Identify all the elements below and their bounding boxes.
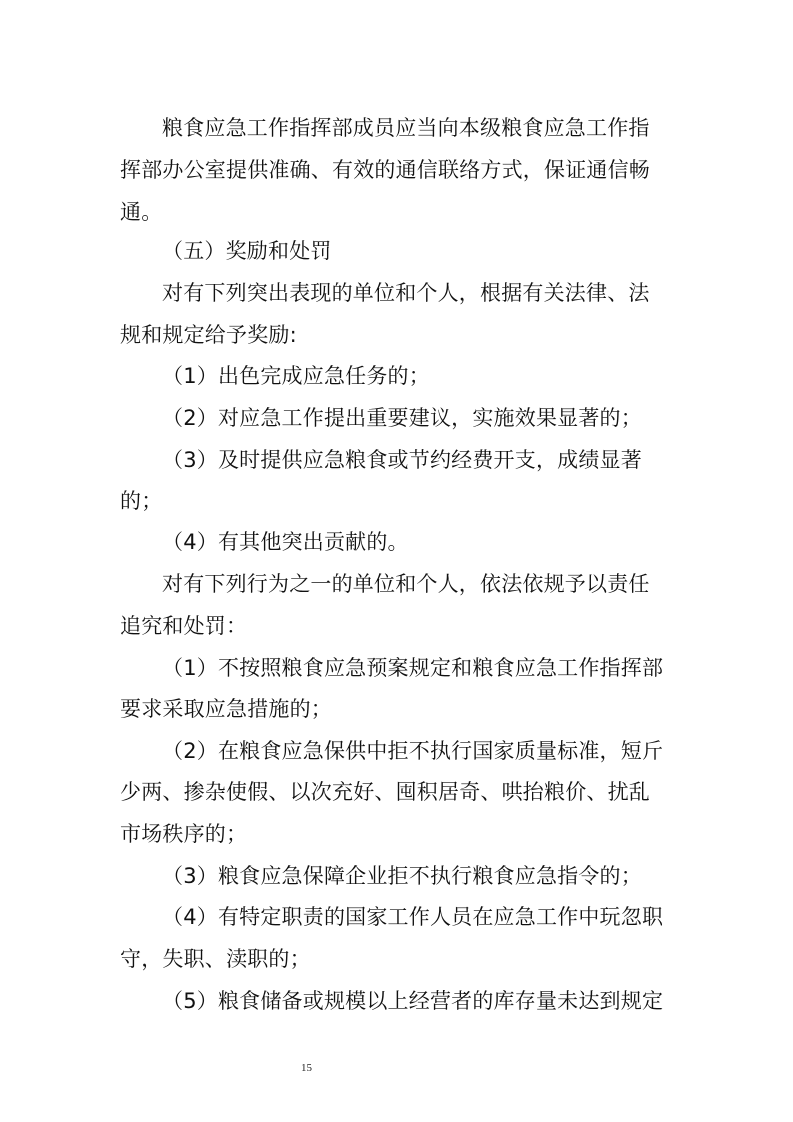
paragraph-line: 粮食应急工作指挥部成员应当向本级粮食应急工作指 [162,115,718,141]
paragraph-line: 对有下列突出表现的单位和个人，根据有关法律、法 [162,280,718,306]
paragraph-line: 挥部办公室提供准确、有效的通信联络方式，保证通信畅 [120,157,676,183]
section-heading: （五）奖励和处罚 [162,238,718,264]
paragraph-line: 通。 [120,199,676,225]
page-number: 15 [0,1062,613,1074]
list-item-continuation: 要求采取应急措施的； [120,696,676,722]
list-item: （3）粮食应急保障企业拒不执行粮食应急指令的； [162,863,718,889]
paragraph-line: 追究和处罚： [120,613,676,639]
list-item: （3）及时提供应急粮食或节约经费开支，成绩显著 [162,447,718,473]
paragraph-line: 规和规定给予奖励: [120,322,676,348]
list-item: （4）有特定职责的国家工作人员在应急工作中玩忽职 [162,904,718,930]
list-item: （1）出色完成应急任务的； [162,363,718,389]
list-item: （5）粮食储备或规模以上经营者的库存量未达到规定 [162,988,718,1014]
list-item: （4）有其他突出贡献的。 [162,529,718,555]
list-item: （1）不按照粮食应急预案规定和粮食应急工作指挥部 [162,655,718,681]
document-page: 粮食应急工作指挥部成员应当向本级粮食应急工作指 挥部办公室提供准确、有效的通信联… [0,0,793,1122]
list-item-continuation: 少两、掺杂使假、以次充好、囤积居奇、哄抬粮价、扰乱 [120,779,676,805]
list-item: （2）对应急工作提出重要建议，实施效果显著的； [162,405,718,431]
paragraph-line: 对有下列行为之一的单位和个人，依法依规予以责任 [162,571,718,597]
list-item-continuation: 守，失职、渎职的； [120,946,676,972]
list-item-continuation: 市场秩序的； [120,821,676,847]
list-item-continuation: 的； [120,488,676,514]
list-item: （2）在粮食应急保供中拒不执行国家质量标准，短斤 [162,738,718,764]
